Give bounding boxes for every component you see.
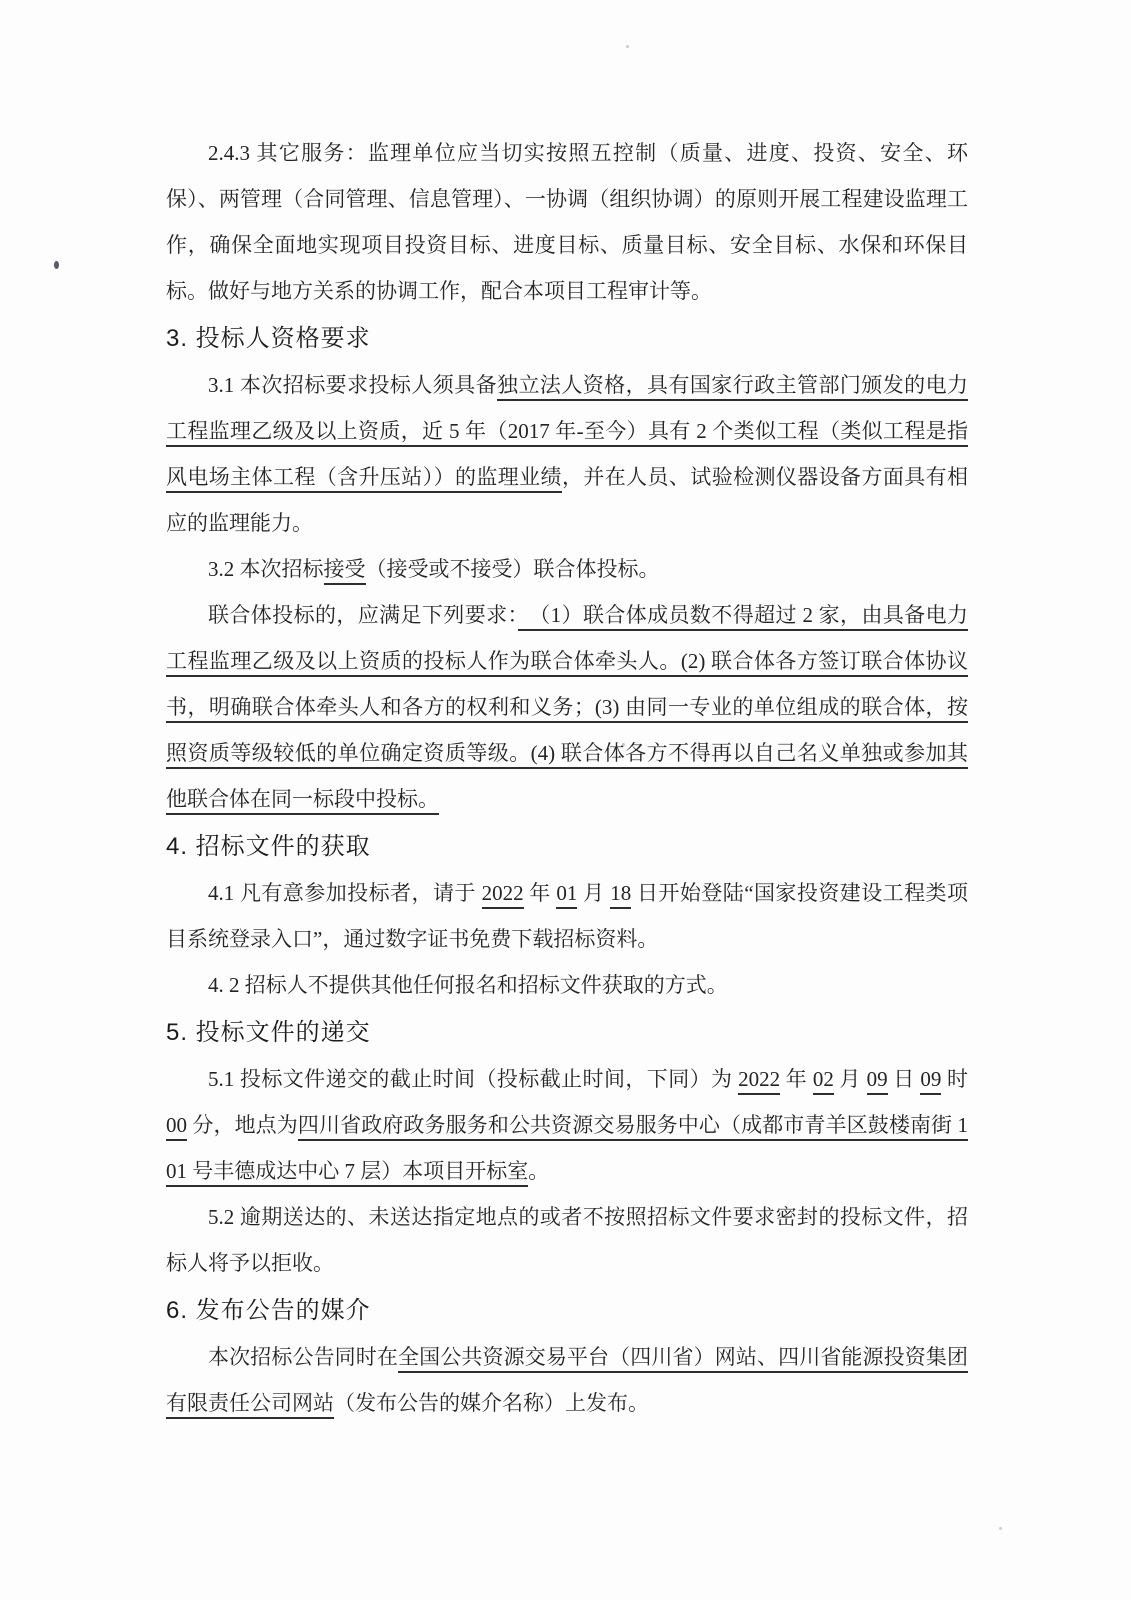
underlined-text: 2022	[482, 881, 524, 909]
paragraph: 2.4.3 其它服务：监理单位应当切实按照五控制（质量、进度、投资、安全、环保）…	[166, 130, 968, 314]
section-heading: 3. 投标人资格要求	[166, 316, 968, 362]
text-segment: 2.4.3 其它服务：监理单位应当切实按照五控制（质量、进度、投资、安全、环保）…	[166, 141, 968, 303]
underlined-text: 2022	[738, 1067, 780, 1095]
paragraph: 3.2 本次招标接受（接受或不接受）联合体投标。	[166, 546, 968, 592]
text-segment: 5. 投标文件的递交	[166, 1019, 371, 1046]
text-segment: 3. 投标人资格要求	[166, 325, 371, 352]
underlined-text: 接受	[324, 557, 366, 585]
underlined-text: 00	[166, 1113, 187, 1141]
text-segment: 3.2 本次招标	[208, 557, 324, 581]
section-heading: 4. 招标文件的获取	[166, 824, 968, 870]
text-segment: 月	[834, 1067, 867, 1091]
section-heading: 6. 发布公告的媒介	[166, 1288, 968, 1334]
underlined-text: 02	[813, 1067, 834, 1095]
paragraph: 5.1 投标文件递交的截止时间（投标截止时间，下同）为 2022 年 02 月 …	[166, 1056, 968, 1194]
underlined-text: 01	[556, 881, 577, 909]
underlined-text: （1）联合体成员数不得超过 2 家，由具备电力工程监理乙级及以上资质的投标人作为…	[166, 603, 968, 815]
text-segment: 4. 招标文件的获取	[166, 833, 371, 860]
text-segment: 5.2 逾期送达的、未送达指定地点的或者不按照招标文件要求密封的投标文件，招标人…	[166, 1205, 968, 1275]
paragraph: 3.1 本次招标要求投标人须具备独立法人资格，具有国家行政主管部门颁发的电力工程…	[166, 362, 968, 546]
text-segment: 4.1 凡有意参加投标者，请于	[208, 881, 482, 905]
paragraph: 4. 2 招标人不提供其他任何报名和招标文件获取的方式。	[166, 962, 968, 1008]
text-segment: 月	[577, 881, 610, 905]
paragraph: 5.2 逾期送达的、未送达指定地点的或者不按照招标文件要求密封的投标文件，招标人…	[166, 1194, 968, 1286]
text-segment: 年	[524, 881, 557, 905]
section-heading: 5. 投标文件的递交	[166, 1010, 968, 1056]
text-segment: 。	[528, 1159, 549, 1183]
text-segment: 年	[780, 1067, 813, 1091]
text-segment: 联合体投标的，应满足下列要求：	[208, 603, 518, 627]
text-segment: 时	[941, 1067, 968, 1091]
document-content: 2.4.3 其它服务：监理单位应当切实按照五控制（质量、进度、投资、安全、环保）…	[166, 130, 968, 1426]
paragraph: 联合体投标的，应满足下列要求： （1）联合体成员数不得超过 2 家，由具备电力工…	[166, 592, 968, 822]
faint-dot	[999, 1527, 1002, 1530]
text-segment: 6. 发布公告的媒介	[166, 1297, 371, 1324]
text-segment: 分，地点为	[187, 1113, 298, 1137]
paragraph: 本次招标公告同时在全国公共资源交易平台（四川省）网站、四川省能源投资集团有限责任…	[166, 1334, 968, 1426]
text-segment: 4. 2 招标人不提供其他任何报名和招标文件获取的方式。	[208, 973, 728, 997]
text-segment: 5.1 投标文件递交的截止时间（投标截止时间，下同）为	[208, 1067, 738, 1091]
text-segment: 3.1 本次招标要求投标人须具备	[208, 373, 497, 397]
text-segment: （发布公告的媒介名称）上发布。	[334, 1391, 649, 1415]
text-segment: 日	[888, 1067, 921, 1091]
ink-speck	[54, 261, 59, 269]
text-segment: （接受或不接受）联合体投标。	[366, 557, 660, 581]
paragraph: 4.1 凡有意参加投标者，请于 2022 年 01 月 18 日开始登陆“国家投…	[166, 870, 968, 962]
text-segment: 本次招标公告同时在	[208, 1345, 398, 1369]
underlined-text: 09	[920, 1067, 941, 1095]
underlined-text: 18	[610, 881, 631, 909]
faint-dot	[622, 743, 625, 746]
faint-dot	[626, 45, 629, 48]
underlined-text: 09	[867, 1067, 888, 1095]
scanned-document-page: 2.4.3 其它服务：监理单位应当切实按照五控制（质量、进度、投资、安全、环保）…	[0, 0, 1131, 1600]
